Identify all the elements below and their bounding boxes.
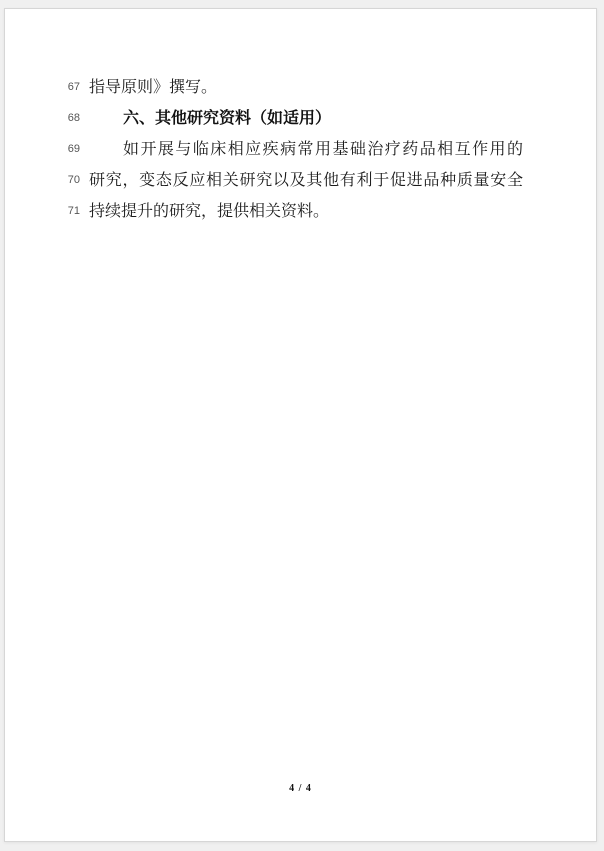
- document-line: 68 六、其他研究资料（如适用）: [5, 103, 596, 134]
- page-indicator: 4 / 4: [5, 783, 596, 794]
- line-number: 68: [52, 103, 80, 134]
- line-number: 70: [52, 165, 80, 196]
- line-text: 研究，变态反应相关研究以及其他有利于促进品种质量安全: [89, 165, 523, 196]
- line-text: 指导原则》撰写。: [89, 72, 523, 103]
- document-content: 67 指导原则》撰写。 68 六、其他研究资料（如适用） 69 如开展与临床相应…: [5, 72, 596, 227]
- document-line: 69 如开展与临床相应疾病常用基础治疗药品相互作用的: [5, 134, 596, 165]
- section-heading: 六、其他研究资料（如适用）: [89, 103, 523, 134]
- document-page: 67 指导原则》撰写。 68 六、其他研究资料（如适用） 69 如开展与临床相应…: [4, 8, 597, 842]
- document-line: 71 持续提升的研究，提供相关资料。: [5, 196, 596, 227]
- line-number: 67: [52, 72, 80, 103]
- document-line: 70 研究，变态反应相关研究以及其他有利于促进品种质量安全: [5, 165, 596, 196]
- line-number: 71: [52, 196, 80, 227]
- line-number: 69: [52, 134, 80, 165]
- line-text: 持续提升的研究，提供相关资料。: [89, 196, 523, 227]
- line-text: 如开展与临床相应疾病常用基础治疗药品相互作用的: [89, 134, 523, 165]
- document-line: 67 指导原则》撰写。: [5, 72, 596, 103]
